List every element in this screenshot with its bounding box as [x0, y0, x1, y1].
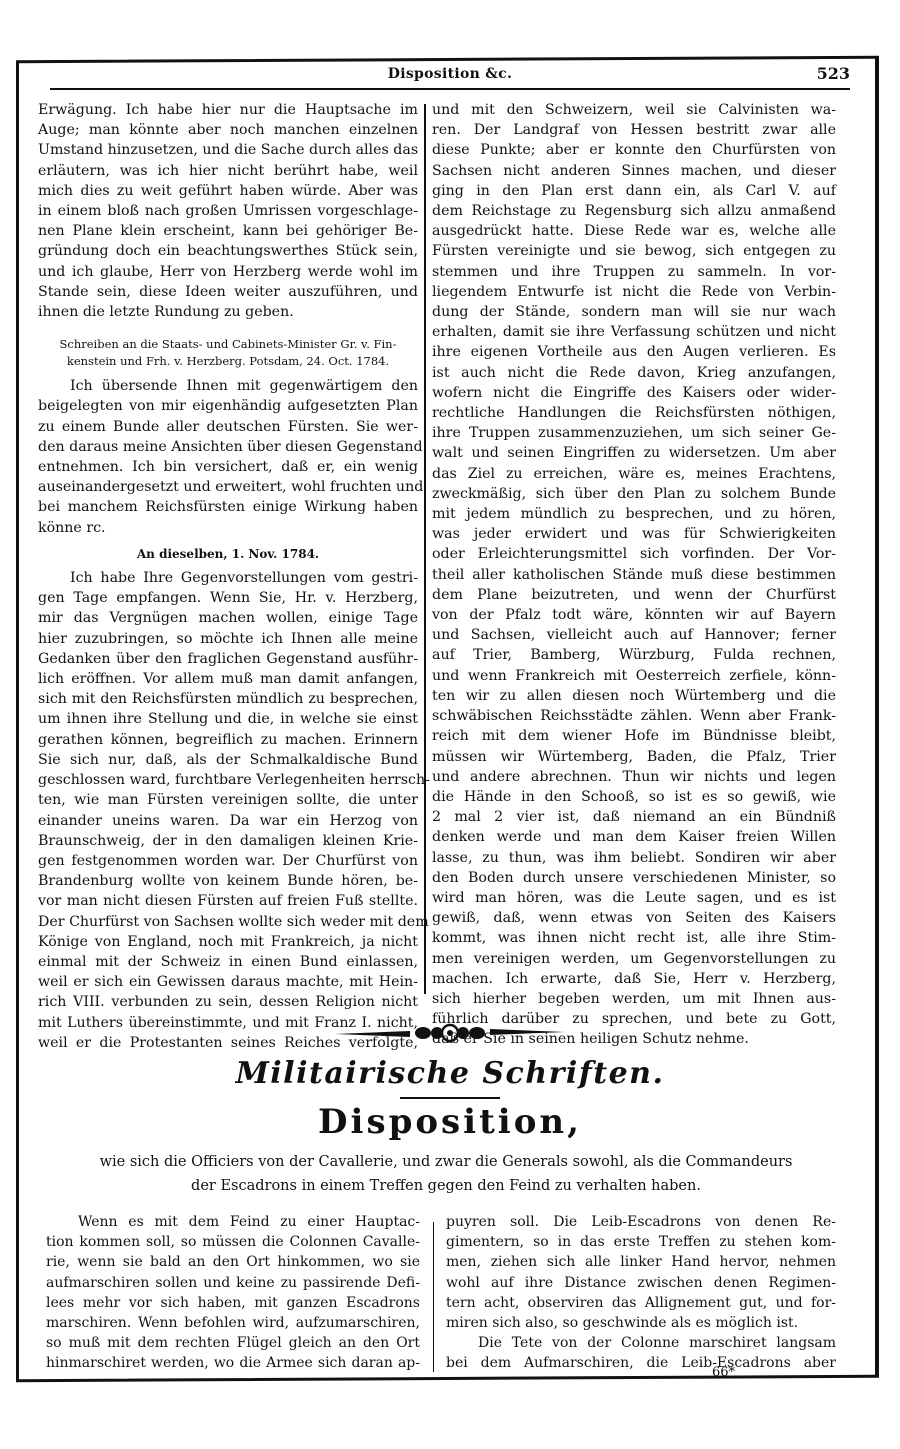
text-line: den daraus meine Ansichten über diesen G… — [38, 437, 418, 457]
text-line: nen Plane klein erscheint, kann bei gehö… — [38, 221, 418, 241]
text-line: und ich glaube, Herr von Herzberg werde … — [38, 262, 418, 282]
text-line: men vereinigen werden, um Gegenvorstellu… — [432, 949, 836, 969]
text-line: einmal mit der Schweiz in einen Bund ein… — [38, 952, 418, 972]
text-line: gimentern, so in das erste Treffen zu st… — [446, 1232, 836, 1252]
text-line: oder Erleichterungsmittel sich vorfinden… — [432, 544, 836, 564]
running-title: Disposition &c. — [50, 66, 850, 82]
signature-mark: 66* — [712, 1365, 735, 1380]
text-line: schwäbischen Reichsstädte zählen. Wenn a… — [432, 706, 836, 726]
text-line: und mit den Schweizern, weil sie Calvini… — [432, 100, 836, 120]
text-line: Braunschweig, der in den damaligen klein… — [38, 831, 418, 851]
text-line: kommt, was ihnen nicht recht ist, alle i… — [432, 928, 836, 948]
text-line: gerathen können, begreiflich zu machen. … — [38, 730, 418, 750]
text-line: Sachsen nicht anderen Sinnes machen, und… — [432, 161, 836, 181]
text-line: lasse, zu thun, was ihm beliebt. Sondire… — [432, 848, 836, 868]
text-line: lich eröffnen. Vor allem muß man damit a… — [38, 669, 418, 689]
text-line: Der Churfürst von Sachsen wollte sich we… — [38, 912, 418, 932]
text-line: theil aller katholischen Stände muß dies… — [432, 565, 836, 585]
text-line: und Sachsen, vielleicht auch auf Hannove… — [432, 625, 836, 645]
text-line: dem Plane beizutreten, und wenn der Chur… — [432, 585, 836, 605]
text-line: erhalten, damit sie ihre Verfassung schü… — [432, 322, 836, 342]
text-line: Ich habe Ihre Gegenvorstellungen vom ges… — [38, 568, 418, 588]
section-title: Militairische Schriften. — [0, 1056, 900, 1091]
bottom-right-column: puyren soll. Die Leib-Escadrons von dene… — [446, 1212, 836, 1374]
text-line: hier zuzubringen, so möchte ich Ihnen al… — [38, 629, 418, 649]
letter-heading-line: kenstein und Frh. v. Herzberg. Potsdam, … — [38, 353, 418, 370]
text-line: zu einem Bunde aller deutschen Fürsten. … — [38, 417, 418, 437]
text-line: machen. Ich erwarte, daß Sie, Herr v. He… — [432, 969, 836, 989]
text-line: Brandenburg wollte von keinem Bunde höre… — [38, 871, 418, 891]
text-line: men, ziehen sich alle linker Hand hervor… — [446, 1252, 836, 1272]
text-line: gewiß, daß, wenn etwas von Seiten des Ka… — [432, 908, 836, 928]
left-column: Erwägung. Ich habe hier nur die Hauptsac… — [38, 100, 418, 1053]
text-line: lees mehr vor sich haben, mit ganzen Esc… — [46, 1293, 420, 1313]
text-line: Fürsten vereinigte und sie bewog, sich e… — [432, 241, 836, 261]
text-line: Gedanken über den fraglichen Gegenstand … — [38, 649, 418, 669]
text-line: wohl auf ihre Distance zwischen denen Re… — [446, 1273, 836, 1293]
text-line: erläutern, was ich hier nicht berührt ha… — [38, 161, 418, 181]
text-line: die Hände in den Schooß, so ist es so ge… — [432, 787, 836, 807]
bottom-left-column: Wenn es mit dem Feind zu einer Hauptac- … — [46, 1212, 420, 1374]
paragraph-continuation: Erwägung. Ich habe hier nur die Hauptsac… — [38, 100, 418, 322]
text-line: weil er sich ein Gewissen daraus machte,… — [38, 972, 418, 992]
text-line: zweckmäßig, sich über den Plan zu solche… — [432, 484, 836, 504]
text-line: rechtliche Handlungen die Reichsfürsten … — [432, 403, 836, 423]
text-line: so muß mit dem rechten Flügel gleich an … — [46, 1333, 420, 1353]
text-line: einander uneins waren. Da war ein Herzog… — [38, 811, 418, 831]
text-line: geschlossen ward, furchtbare Verlegenhei… — [38, 770, 418, 790]
text-line: wofern nicht die Eingriffe des Kaisers o… — [432, 383, 836, 403]
text-line: tern acht, observiren das Allignement gu… — [446, 1293, 836, 1313]
subtitle-line: der Escadrons in einem Treffen gegen den… — [36, 1174, 856, 1198]
text-line: 2 mal 2 vier ist, daß niemand an ein Bün… — [432, 807, 836, 827]
text-line: dem Reichstage zu Regensburg sich allzu … — [432, 201, 836, 221]
text-line: mich dies zu weit geführt haben würde. A… — [38, 181, 418, 201]
disposition-title: Disposition, — [0, 1102, 900, 1142]
text-line: liegendem Entwurfe ist nicht die Rede vo… — [432, 282, 836, 302]
text-line: gen Tage empfangen. Wenn Sie, Hr. v. Her… — [38, 588, 418, 608]
text-line: ihre Truppen zusammenzuziehen, um sich s… — [432, 423, 836, 443]
text-line: hinmarschiret werden, wo die Armee sich … — [46, 1353, 420, 1373]
subtitle-line: wie sich die Officiers von der Cavalleri… — [36, 1150, 856, 1174]
column-divider — [433, 1222, 434, 1372]
text-line: rich VIII. verbunden zu sein, dessen Rel… — [38, 992, 418, 1012]
letter-heading: Schreiben an die Staats- und Cabinets-Mi… — [38, 336, 418, 370]
text-line: und wenn Frankreich mit Oesterreich zerf… — [432, 666, 836, 686]
column-divider — [424, 104, 426, 994]
text-line: vor man nicht diesen Fürsten auf freien … — [38, 891, 418, 911]
text-line: gen festgenommen worden war. Der Churfür… — [38, 851, 418, 871]
text-line: Sie sich nur, daß, als der Schmalkaldisc… — [38, 750, 418, 770]
text-line: miren sich also, so geschwinde als es mö… — [446, 1313, 836, 1333]
text-line: gründung doch ein beachtungswerthes Stüc… — [38, 241, 418, 261]
right-column: und mit den Schweizern, weil sie Calvini… — [432, 100, 836, 1050]
text-line: tion kommen soll, so müssen die Colonnen… — [46, 1232, 420, 1252]
text-line: ten, wie man Fürsten vereinigen sollte, … — [38, 790, 418, 810]
text-line: walt und seinen Eingriffen zu widersetze… — [432, 443, 836, 463]
text-line: Die Tete von der Colonne marschiret lang… — [446, 1333, 836, 1353]
text-line: wird man hören, was die Leute sagen, und… — [432, 888, 836, 908]
text-line: diese Punkte; aber er konnte den Churfür… — [432, 140, 836, 160]
text-line: ging in den Plan erst dann ein, als Carl… — [432, 181, 836, 201]
text-line: dung der Stände, sondern man will sie nu… — [432, 302, 836, 322]
text-line: mit jedem mündlich zu besprechen, und zu… — [432, 504, 836, 524]
text-line: beigelegten von mir eigenhändig aufgeset… — [38, 396, 418, 416]
text-line: auseinandergesetzt und erweitert, wohl f… — [38, 477, 418, 497]
text-line: Umstand hinzusetzen, und die Sache durch… — [38, 140, 418, 160]
text-line: ten wir zu allen diesen noch Würtemberg … — [432, 686, 836, 706]
text-line: mir das Vergnügen machen wollen, einige … — [38, 608, 418, 628]
dateline: An dieselben, 1. Nov. 1784. — [38, 544, 418, 564]
text-line: Könige von England, noch mit Frankreich,… — [38, 932, 418, 952]
text-line: das Ziel zu erreichen, wäre es, meines E… — [432, 464, 836, 484]
text-line: Stande sein, diese Ideen weiter auszufüh… — [38, 282, 418, 302]
text-line: ihre eigenen Vortheile aus den Augen ver… — [432, 342, 836, 362]
text-line: könne rc. — [38, 518, 418, 538]
letter-heading-line: Schreiben an die Staats- und Cabinets-Mi… — [38, 336, 418, 353]
text-line: aufmarschiren sollen und keine zu passir… — [46, 1273, 420, 1293]
text-line: rie, wenn sie bald an den Ort hinkommen,… — [46, 1252, 420, 1272]
text-line: müssen wir Würtemberg, Baden, die Pfalz,… — [432, 747, 836, 767]
text-line: Erwägung. Ich habe hier nur die Hauptsac… — [38, 100, 418, 120]
text-line: Auge; man könnte aber noch manchen einze… — [38, 120, 418, 140]
text-line: denken werde und man dem Kaiser freien W… — [432, 827, 836, 847]
decorative-ornament-icon — [335, 1022, 565, 1044]
text-line: in einem bloß nach großen Umrissen vorge… — [38, 201, 418, 221]
text-line: Ich übersende Ihnen mit gegenwärtigem de… — [38, 376, 418, 396]
page-number: 523 — [817, 64, 850, 83]
text-line: Wenn es mit dem Feind zu einer Hauptac- — [46, 1212, 420, 1232]
text-line: ist auch nicht die Rede davon, Krieg anz… — [432, 363, 836, 383]
text-line: den Boden durch unsere verschiedenen Min… — [432, 868, 836, 888]
text-line: puyren soll. Die Leib-Escadrons von dene… — [446, 1212, 836, 1232]
text-line: auf Trier, Bamberg, Würzburg, Fulda rech… — [432, 645, 836, 665]
text-line: reich mit dem wiener Hofe im Bündnisse b… — [432, 726, 836, 746]
text-line: ihnen die letzte Rundung zu geben. — [38, 302, 418, 322]
disposition-subtitle: wie sich die Officiers von der Cavalleri… — [36, 1150, 856, 1198]
divider-rule — [400, 1097, 500, 1099]
text-line: ausgedrückt hatte. Diese Rede war es, we… — [432, 221, 836, 241]
text-line: ren. Der Landgraf von Hessen bestritt zw… — [432, 120, 836, 140]
running-head: Disposition &c. 523 — [50, 62, 850, 90]
text-line: sich mit den Reichsfürsten mündlich zu b… — [38, 689, 418, 709]
text-line: was jeder erwidert und was für Schwierig… — [432, 524, 836, 544]
paragraph: Ich übersende Ihnen mit gegenwärtigem de… — [38, 376, 418, 538]
text-line: stemmen und ihre Truppen zu sammeln. In … — [432, 262, 836, 282]
text-line: um ihnen ihre Stellung und die, in welch… — [38, 709, 418, 729]
text-line: bei manchem Reichsfürsten einige Wirkung… — [38, 497, 418, 517]
text-line: und andere abrechnen. Thun wir nichts un… — [432, 767, 836, 787]
text-line: bei dem Aufmarschiren, die Leib-Escadron… — [446, 1353, 836, 1373]
text-line: marschiren. Wenn befohlen wird, aufzumar… — [46, 1313, 420, 1333]
text-line: sich hierher begeben werden, um mit Ihne… — [432, 989, 836, 1009]
text-line: von der Pfalz todt wäre, könnten wir auf… — [432, 605, 836, 625]
text-line: entnehmen. Ich bin versichert, daß er, e… — [38, 457, 418, 477]
paragraph: Ich habe Ihre Gegenvorstellungen vom ges… — [38, 568, 418, 1053]
